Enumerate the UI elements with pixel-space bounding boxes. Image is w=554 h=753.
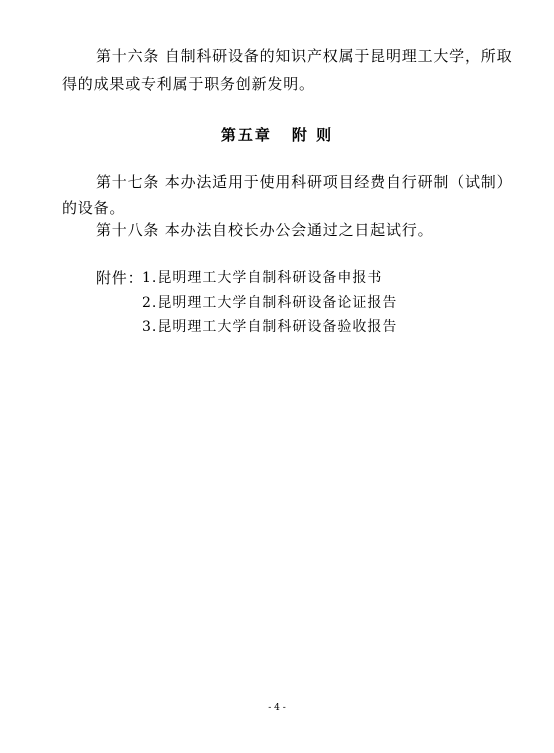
page-number: - 4 - xyxy=(0,703,554,713)
attachment-item-3: 3.昆明理工大学自制科研设备验收报告 xyxy=(142,317,397,337)
article-16-line-2: 得的成果或专利属于职务创新发明。 xyxy=(62,74,315,94)
article-18-line-1: 第十八条 本办法自校长办公会通过之日起试行。 xyxy=(96,220,433,240)
chapter-title: 附 则 xyxy=(292,126,333,144)
attachment-item-2: 2.昆明理工大学自制科研设备论证报告 xyxy=(142,293,397,313)
chapter-heading: 第五章附 则 xyxy=(0,124,554,145)
chapter-number: 第五章 xyxy=(221,126,272,144)
article-17-line-1: 第十七条 本办法适用于使用科研项目经费自行研制（试制） xyxy=(96,172,512,192)
attachment-item-1: 1.昆明理工大学自制科研设备申报书 xyxy=(142,268,382,288)
attachments-label: 附件： xyxy=(96,268,143,288)
article-17-line-2: 的设备。 xyxy=(62,198,125,218)
article-16-line-1: 第十六条 自制科研设备的知识产权属于昆明理工大学，所取 xyxy=(96,46,512,66)
